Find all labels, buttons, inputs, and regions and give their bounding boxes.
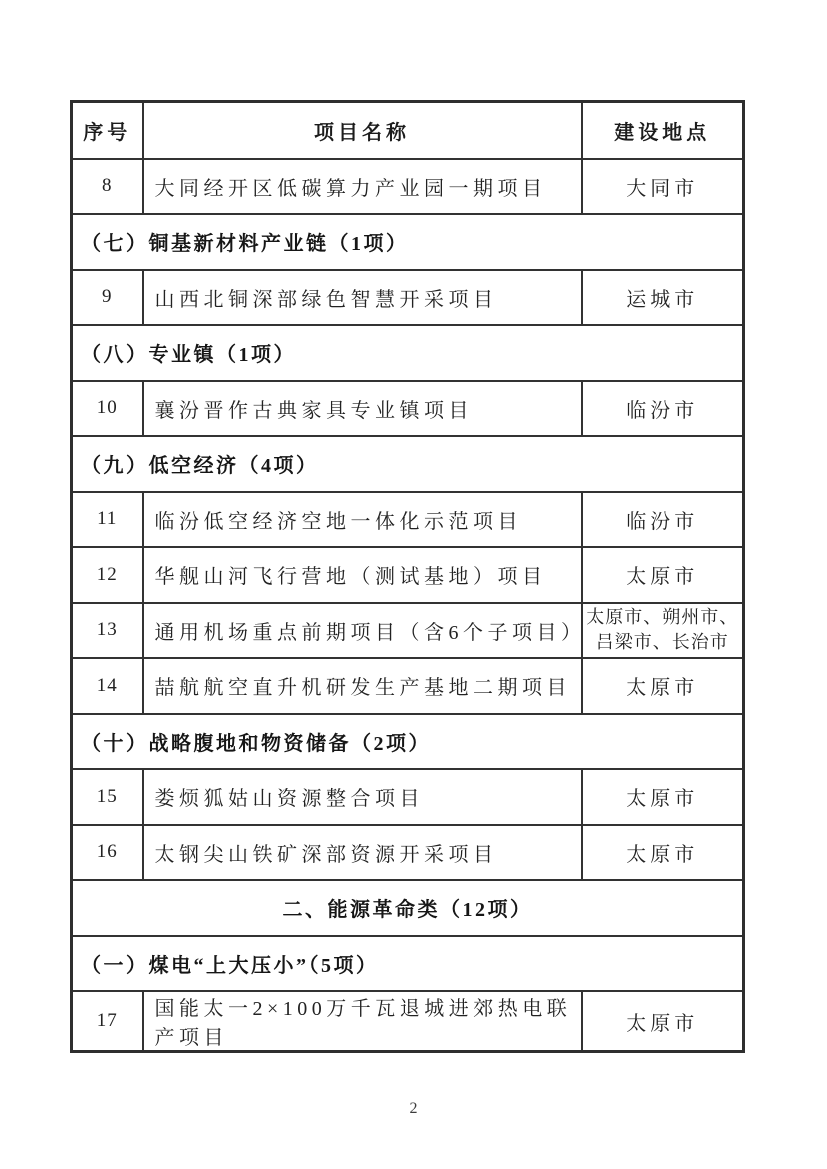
header-location: 建设地点 <box>582 102 744 159</box>
serial-cell: 17 <box>72 991 143 1052</box>
category-row: 二、能源革命类（12项） <box>72 880 744 936</box>
table-row: 15 娄烦狐姑山资源整合项目 太原市 <box>72 769 744 825</box>
section-label: （九）低空经济（4项） <box>72 436 744 492</box>
project-name-cell: 襄汾晋作古典家具专业镇项目 <box>143 381 582 437</box>
serial-cell: 15 <box>72 769 143 825</box>
location-cell: 临汾市 <box>582 381 744 437</box>
section-row: （一）煤电“上大压小”（5项） <box>72 936 744 992</box>
section-label: （十）战略腹地和物资储备（2项） <box>72 714 744 770</box>
serial-cell: 16 <box>72 825 143 881</box>
header-serial: 序号 <box>72 102 143 159</box>
table-row: 10 襄汾晋作古典家具专业镇项目 临汾市 <box>72 381 744 437</box>
project-name-cell: 喆航航空直升机研发生产基地二期项目 <box>143 658 582 714</box>
serial-cell: 14 <box>72 658 143 714</box>
location-cell: 太原市、朔州市、吕梁市、长治市 <box>582 603 744 659</box>
table-row: 17 国能太一2×100万千瓦退城进郊热电联产项目 太原市 <box>72 991 744 1052</box>
table-row: 12 华舰山河飞行营地（测试基地）项目 太原市 <box>72 547 744 603</box>
page-number: 2 <box>0 1100 827 1118</box>
project-name-cell: 通用机场重点前期项目（含6个子项目） <box>143 603 582 659</box>
header-row: 序号 项目名称 建设地点 <box>72 102 744 159</box>
table-row: 8 大同经开区低碳算力产业园一期项目 大同市 <box>72 159 744 215</box>
section-row: （七）铜基新材料产业链（1项） <box>72 214 744 270</box>
project-name-cell: 临汾低空经济空地一体化示范项目 <box>143 492 582 548</box>
location-cell: 太原市 <box>582 991 744 1052</box>
header-project-name: 项目名称 <box>143 102 582 159</box>
projects-table: 序号 项目名称 建设地点 8 大同经开区低碳算力产业园一期项目 大同市 （七）铜… <box>70 100 745 1053</box>
serial-cell: 9 <box>72 270 143 326</box>
table-row: 13 通用机场重点前期项目（含6个子项目） 太原市、朔州市、吕梁市、长治市 <box>72 603 744 659</box>
project-name-cell: 华舰山河飞行营地（测试基地）项目 <box>143 547 582 603</box>
serial-cell: 12 <box>72 547 143 603</box>
section-label: （一）煤电“上大压小”（5项） <box>72 936 744 992</box>
project-name-cell: 娄烦狐姑山资源整合项目 <box>143 769 582 825</box>
location-cell: 运城市 <box>582 270 744 326</box>
section-label: （八）专业镇（1项） <box>72 325 744 381</box>
location-cell: 大同市 <box>582 159 744 215</box>
section-row: （九）低空经济（4项） <box>72 436 744 492</box>
table-row: 11 临汾低空经济空地一体化示范项目 临汾市 <box>72 492 744 548</box>
serial-cell: 11 <box>72 492 143 548</box>
project-name-cell: 国能太一2×100万千瓦退城进郊热电联产项目 <box>143 991 582 1052</box>
location-cell: 临汾市 <box>582 492 744 548</box>
location-cell: 太原市 <box>582 547 744 603</box>
category-label: 二、能源革命类（12项） <box>72 880 744 936</box>
project-name-cell: 山西北铜深部绿色智慧开采项目 <box>143 270 582 326</box>
table-row: 16 太钢尖山铁矿深部资源开采项目 太原市 <box>72 825 744 881</box>
document-page: 序号 项目名称 建设地点 8 大同经开区低碳算力产业园一期项目 大同市 （七）铜… <box>0 0 827 1169</box>
serial-cell: 10 <box>72 381 143 437</box>
serial-cell: 13 <box>72 603 143 659</box>
serial-cell: 8 <box>72 159 143 215</box>
project-name-cell: 太钢尖山铁矿深部资源开采项目 <box>143 825 582 881</box>
section-row: （十）战略腹地和物资储备（2项） <box>72 714 744 770</box>
location-cell: 太原市 <box>582 769 744 825</box>
section-row: （八）专业镇（1项） <box>72 325 744 381</box>
location-cell: 太原市 <box>582 825 744 881</box>
location-cell: 太原市 <box>582 658 744 714</box>
project-name-cell: 大同经开区低碳算力产业园一期项目 <box>143 159 582 215</box>
table-row: 9 山西北铜深部绿色智慧开采项目 运城市 <box>72 270 744 326</box>
table-row: 14 喆航航空直升机研发生产基地二期项目 太原市 <box>72 658 744 714</box>
section-label: （七）铜基新材料产业链（1项） <box>72 214 744 270</box>
table-body: 8 大同经开区低碳算力产业园一期项目 大同市 （七）铜基新材料产业链（1项） 9… <box>72 159 744 1052</box>
